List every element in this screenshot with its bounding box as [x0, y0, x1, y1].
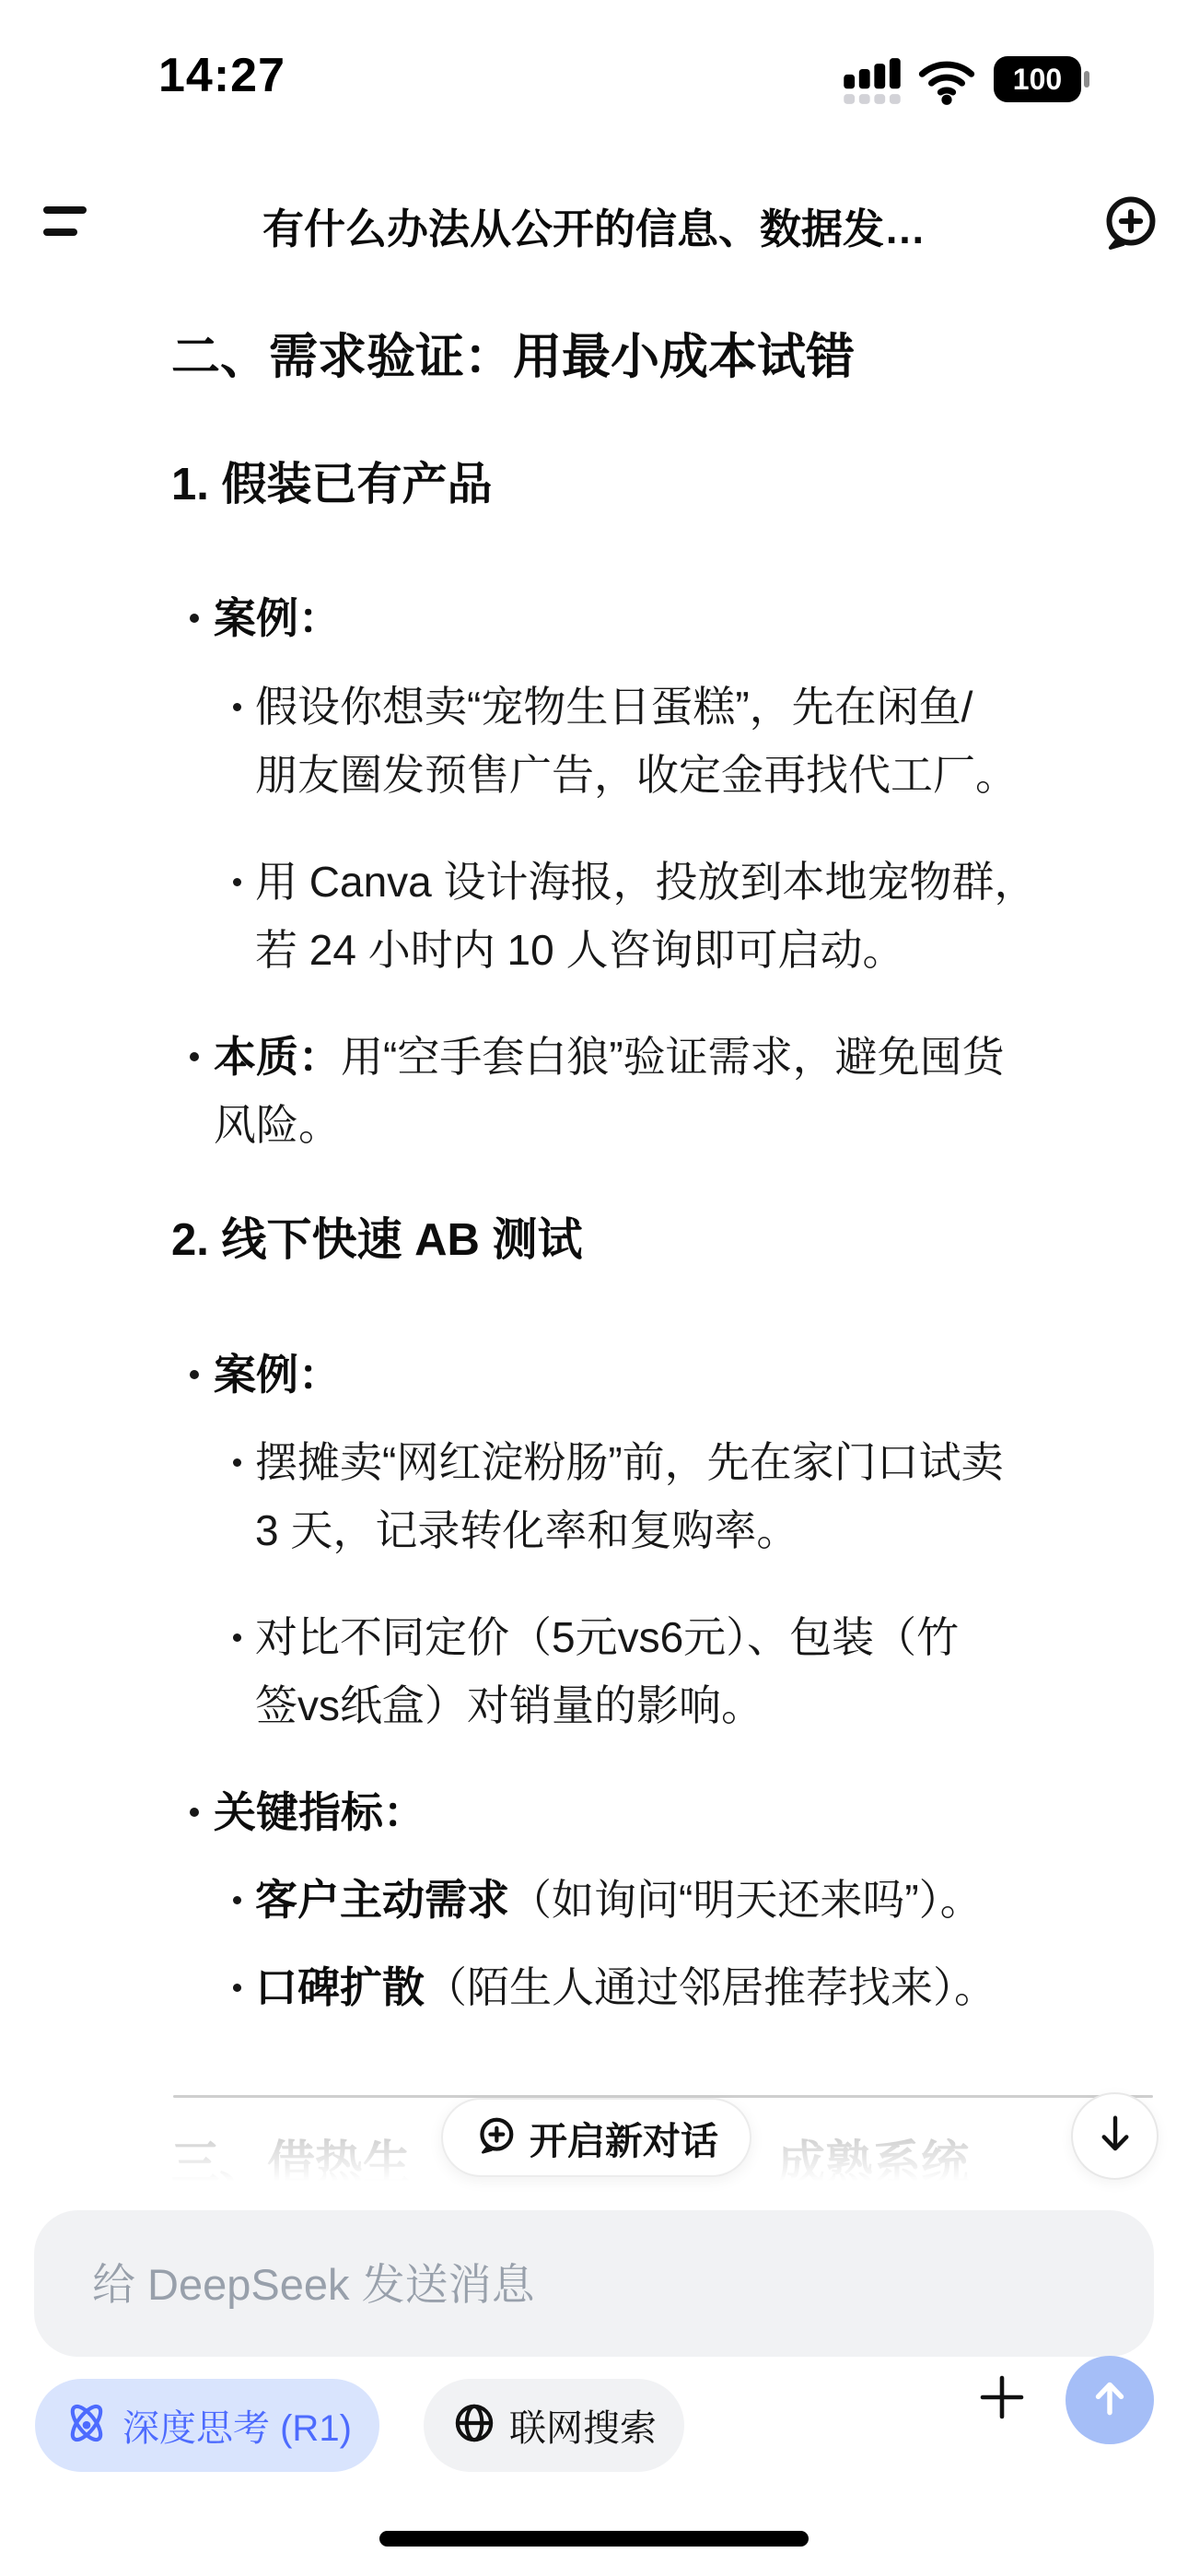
atom-icon	[63, 2399, 111, 2452]
conversation-title: 有什么办法从公开的信息、数据发…	[129, 195, 1059, 255]
scroll-to-bottom-button[interactable]	[1071, 2092, 1159, 2180]
section-heading: 二、需求验证：用最小成本试错	[171, 328, 1157, 387]
start-new-chat-pill[interactable]: 开启新对话	[441, 2098, 751, 2177]
plus-icon	[975, 2371, 1029, 2429]
clock-label: 14:27	[158, 48, 285, 103]
deep-think-label: 深度思考 (R1)	[122, 2399, 352, 2452]
bullet-item: 假设你想卖“宠物生日蛋糕”，先在闲鱼/ 朋友圈发预售广告，收定金再找代工厂。	[233, 673, 1159, 809]
arrow-down-icon	[1094, 2111, 1136, 2161]
subsection-heading: 1. 假装已有产品	[171, 457, 1157, 512]
bullet-item: 摆摊卖“网红淀粉肠”前，先在家门口试卖 3 天，记录转化率和复购率。	[233, 1428, 1159, 1564]
bullet-item: 案例：	[190, 1341, 1154, 1409]
wifi-icon	[917, 55, 976, 110]
bubble-plus-icon	[1098, 242, 1160, 258]
start-new-chat-label: 开启新对话	[530, 2111, 718, 2165]
web-search-toggle[interactable]: 联网搜索	[424, 2379, 684, 2472]
bullet-dot	[190, 614, 199, 623]
arrow-up-icon	[1087, 2375, 1133, 2426]
sidebar-menu-button[interactable]	[43, 206, 99, 243]
bullet-item: 本质：用“空手套白狼”验证需求，避免囤货 风险。	[190, 1023, 1154, 1159]
menu-icon	[43, 206, 87, 214]
bullet-item: 口碑扩散（陌生人通过邻居推荐找来）。	[233, 1953, 1159, 2021]
home-indicator[interactable]	[379, 2531, 809, 2547]
bullet-item: 用 Canva 设计海报，投放到本地宠物群， 若 24 小时内 10 人咨询即可…	[233, 848, 1159, 984]
bullet-item: 案例：	[190, 584, 1154, 652]
deep-think-toggle[interactable]: 深度思考 (R1)	[35, 2379, 379, 2472]
bullet-item: 关键指标：	[190, 1778, 1154, 1846]
attach-button[interactable]	[974, 2371, 1030, 2427]
bubble-plus-icon	[474, 2114, 517, 2161]
new-chat-button[interactable]	[1098, 192, 1160, 254]
battery-percent-label: 100	[1013, 63, 1062, 96]
input-placeholder: 给 DeepSeek 发送消息	[92, 2251, 535, 2313]
battery-icon: 100	[993, 55, 1090, 108]
bullet-item: 客户主动需求（如询问“明天还来吗”）。	[233, 1866, 1159, 1934]
cellular-signal-icon	[844, 57, 901, 110]
subsection-heading: 2. 线下快速 AB 测试	[171, 1212, 1157, 1268]
deepseek-chat-screen: 14:27	[0, 0, 1188, 2576]
globe-icon	[451, 2400, 497, 2451]
web-search-label: 联网搜索	[509, 2399, 657, 2452]
bullet-item: 对比不同定价（5元vs6元）、包装（竹 签vs纸盒）对销量的影响。	[233, 1603, 1159, 1739]
message-input[interactable]: 给 DeepSeek 发送消息	[34, 2210, 1154, 2357]
send-button[interactable]	[1066, 2356, 1154, 2444]
